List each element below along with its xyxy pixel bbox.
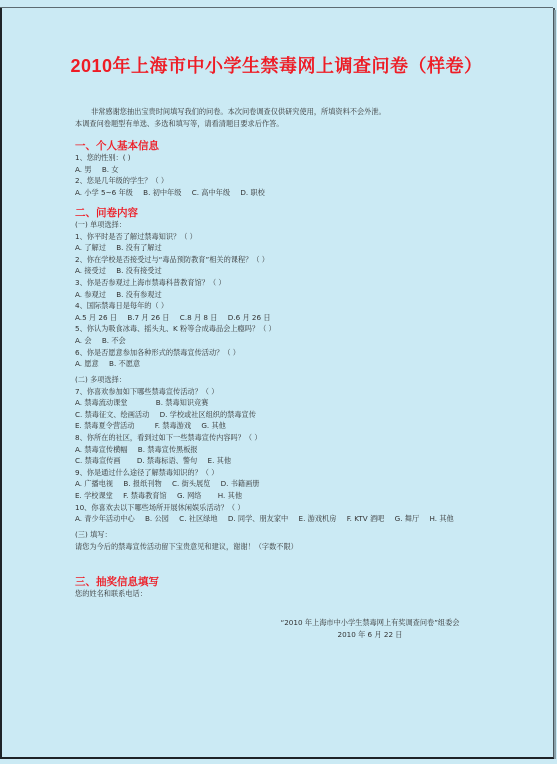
option[interactable]: F. 禁毒游戏 [155,421,191,430]
option[interactable]: C. 社区绿地 [179,514,217,523]
question-s4: 4、国际禁毒日是每年的（ ） [75,300,279,312]
option[interactable]: B. 没有了解过 [116,243,161,252]
option[interactable]: D. 同学、朋友家中 [228,514,288,523]
option[interactable]: B. 女 [102,165,119,174]
question-s2-options: A. 接受过 B. 没有接受过 [75,265,279,277]
multi-choice-label: (二) 多项选择： [75,374,462,386]
option[interactable]: D. 学校或社区组织的禁毒宣传 [160,410,256,419]
question-1: 1、您的性别：( ) [75,152,273,164]
option[interactable]: E. 其他 [208,456,232,465]
option[interactable]: G. 网络 [177,491,202,500]
question-m10-options: A. 青少年活动中心 B. 公园 C. 社区绿地 D. 同学、朋友家中 E. 游… [75,513,462,525]
option[interactable]: A. 参观过 [75,290,106,299]
intro-paragraph: 非常感谢您抽出宝贵时间填写我们的问卷。本次问卷调查仅供研究使用，所填资料不会外泄… [75,106,386,129]
question-m7: 7、你喜欢参加如下哪些禁毒宣传活动？（ ） [75,386,462,398]
option[interactable]: F. 禁毒教育馆 [123,491,167,500]
single-choice-block: (一) 单项选择： 1、你平时是否了解过禁毒知识？（ ） A. 了解过 B. 没… [75,219,279,370]
single-choice-label: (一) 单项选择： [75,219,279,231]
question-s1: 1、你平时是否了解过禁毒知识？（ ） [75,231,279,243]
option[interactable]: C. 禁毒征文、绘画活动 [75,410,149,419]
question-s1-options: A. 了解过 B. 没有了解过 [75,242,279,254]
contact-prompt: 您的姓名和联系电话： [75,588,147,600]
question-m9: 9、你是通过什么途径了解禁毒知识的？（ ） [75,467,462,479]
option[interactable]: B. 禁毒宣传黑板报 [138,445,198,454]
question-s4-options: A.5 月 26 日 B.7 月 26 日 C.8 月 8 日 D.6 月 26… [75,312,279,324]
question-m7-options: A. 禁毒流动课堂 B. 禁毒知识竞赛 [75,397,462,409]
option[interactable]: C. 街头展览 [172,479,210,488]
question-1-options: A. 男 B. 女 [75,164,273,176]
fill-in-prompt: 请您为今后的禁毒宣传活动留下宝贵意见和建议，谢谢！（字数不限） [75,541,298,553]
option[interactable]: A. 接受过 [75,266,106,275]
question-m9-options: E. 学校课堂 F. 禁毒教育馆 G. 网络 H. 其他 [75,490,462,502]
option[interactable]: A. 广播电视 [75,479,113,488]
multi-choice-block: (二) 多项选择： 7、你喜欢参加如下哪些禁毒宣传活动？（ ） A. 禁毒流动课… [75,374,462,525]
option[interactable]: H. 其他 [429,514,453,523]
option[interactable]: E. 学校课堂 [75,491,113,500]
page-frame-shadow [554,10,556,759]
option[interactable]: E. 禁毒夏令营活动 [75,421,134,430]
question-s6-options: A. 愿意 B. 不愿意 [75,358,279,370]
option[interactable]: D. 禁毒标语、警句 [137,456,197,465]
option[interactable]: D. 职校 [240,188,264,197]
contact-block: 您的姓名和联系电话： [75,588,147,600]
question-m8-options: C. 禁毒宣传画 D. 禁毒标语、警句 E. 其他 [75,455,462,467]
option[interactable]: C. 禁毒宣传画 [75,456,121,465]
option[interactable]: B. 没有参观过 [116,290,161,299]
option[interactable]: B. 公园 [145,514,169,523]
option[interactable]: C.8 月 8 日 [180,313,218,322]
option[interactable]: B. 初中年级 [143,188,181,197]
section-1-questions: 1、您的性别：( ) A. 男 B. 女 2、您是几年级的学生？（ ） A. 小… [75,152,273,198]
question-m10: 10、你喜欢去以下哪些场所开展休闲娱乐活动？（ ） [75,502,462,514]
question-m9-options: A. 广播电视 B. 报纸刊物 C. 街头展览 D. 书籍画册 [75,478,462,490]
option[interactable]: B. 报纸刊物 [123,479,161,488]
intro-line-1: 非常感谢您抽出宝贵时间填写我们的问卷。本次问卷调查仅供研究使用，所填资料不会外泄… [75,106,386,118]
question-s6: 6、你是否愿意参加各种形式的禁毒宣传活动？（ ） [75,347,279,359]
option[interactable]: B. 没有接受过 [116,266,161,275]
option[interactable]: A. 禁毒宣传横幅 [75,445,128,454]
question-s3: 3、你是否参观过上海市禁毒科普教育馆？（ ） [75,277,279,289]
option[interactable]: A. 男 [75,165,92,174]
option[interactable]: A. 愿意 [75,359,99,368]
question-m8: 8、你所在的社区，看到过如下一些禁毒宣传内容吗？（ ） [75,432,462,444]
question-2: 2、您是几年级的学生？（ ） [75,175,273,187]
question-2-options: A. 小学 5~6 年级 B. 初中年级 C. 高中年级 D. 职校 [75,187,273,199]
section-1-heading: 一、个人基本信息 [75,138,159,153]
question-s2: 2、你在学校是否接受过与“毒品预防教育”相关的课程？（ ） [75,254,279,266]
question-m7-options: C. 禁毒征文、绘画活动 D. 学校或社区组织的禁毒宣传 [75,409,462,421]
option[interactable]: A. 了解过 [75,243,106,252]
option[interactable]: A.5 月 26 日 [75,313,117,322]
document-title: 2010年上海市中小学生禁毒网上调查问卷（样卷） [0,52,553,78]
fill-in-block: (三) 填写： 请您为今后的禁毒宣传活动留下宝贵意见和建议，谢谢！（字数不限） [75,529,298,552]
option[interactable]: A. 小学 5~6 年级 [75,188,133,197]
option[interactable]: A. 会 [75,336,92,345]
option[interactable]: D. 书籍画册 [221,479,260,488]
option[interactable]: G. 其他 [201,421,226,430]
question-s5-options: A. 会 B. 不会 [75,335,279,347]
signature-block: “2010 年上海市中小学生禁毒网上有奖调查问卷”组委会 2010 年 6 月 … [240,617,500,641]
intro-line-2: 本调查问卷题型有单选、多选和填写等，请看清题目要求后作答。 [75,118,386,130]
option[interactable]: H. 其他 [218,491,242,500]
question-m7-options: E. 禁毒夏令营活动 F. 禁毒游戏 G. 其他 [75,420,462,432]
option[interactable]: G. 舞厅 [395,514,420,523]
option[interactable]: E. 游戏机房 [299,514,337,523]
option[interactable]: C. 高中年级 [192,188,230,197]
option[interactable]: D.6 月 26 日 [228,313,271,322]
signature-org: “2010 年上海市中小学生禁毒网上有奖调查问卷”组委会 [240,617,500,629]
fill-in-label: (三) 填写： [75,529,298,541]
question-s5: 5、你认为吸食冰毒、摇头丸、K 粉等合成毒品会上瘾吗？（ ） [75,323,279,335]
option[interactable]: A. 禁毒流动课堂 [75,398,128,407]
option[interactable]: F. KTV 酒吧 [347,514,385,523]
option[interactable]: B.7 月 26 日 [127,313,169,322]
option[interactable]: B. 禁毒知识竞赛 [156,398,209,407]
option[interactable]: A. 青少年活动中心 [75,514,135,523]
section-3-heading: 三、抽奖信息填写 [75,574,159,589]
option[interactable]: B. 不愿意 [109,359,140,368]
section-2-heading: 二、问卷内容 [75,205,138,220]
option[interactable]: B. 不会 [102,336,126,345]
question-m8-options: A. 禁毒宣传横幅 B. 禁毒宣传黑板报 [75,444,462,456]
signature-date: 2010 年 6 月 22 日 [240,629,500,641]
question-s3-options: A. 参观过 B. 没有参观过 [75,289,279,301]
